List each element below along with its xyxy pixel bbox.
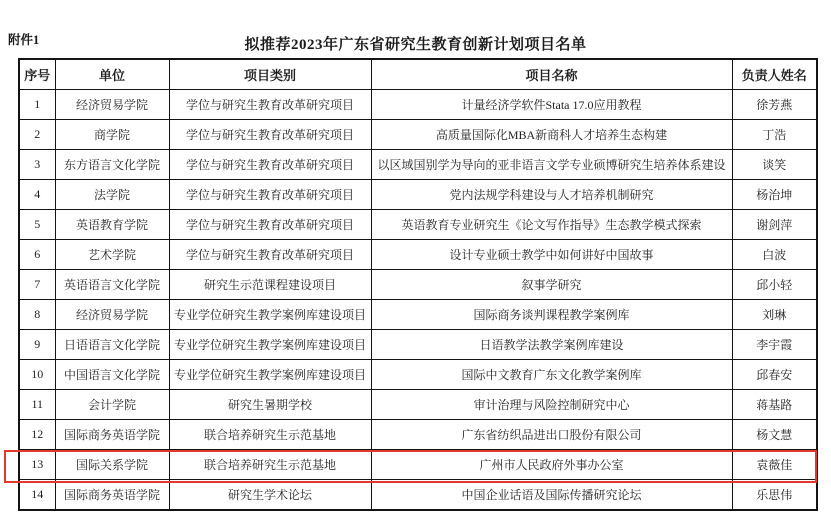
table-cell: 杨文慧: [732, 420, 817, 450]
table-row: 3东方语言文化学院学位与研究生教育改革研究项目以区域国别学为导向的亚非语言文学专…: [19, 150, 817, 180]
table-cell: 经济贸易学院: [55, 90, 169, 120]
table-cell: 联合培养研究生示范基地: [169, 420, 371, 450]
table-header-row: 序号 单位 项目类别 项目名称 负责人姓名: [19, 59, 817, 90]
table-row: 7英语语言文化学院研究生示范课程建设项目叙事学研究邱小轻: [19, 270, 817, 300]
table-cell: 李宇霞: [732, 330, 817, 360]
table-cell: 国际关系学院: [55, 450, 169, 480]
table-cell: 联合培养研究生示范基地: [169, 450, 371, 480]
table-cell: 专业学位研究生教学案例库建设项目: [169, 300, 371, 330]
table-cell: 邱春安: [732, 360, 817, 390]
table-row: 6艺术学院学位与研究生教育改革研究项目设计专业硕士教学中如何讲好中国故事白波: [19, 240, 817, 270]
table-cell: 法学院: [55, 180, 169, 210]
table-cell: 中国企业话语及国际传播研究论坛: [371, 480, 732, 511]
table-cell: 7: [19, 270, 55, 300]
table-cell: 8: [19, 300, 55, 330]
table-row: 13国际关系学院联合培养研究生示范基地广州市人民政府外事办公室袁薇佳: [19, 450, 817, 480]
table-cell: 中国语言文化学院: [55, 360, 169, 390]
table-cell: 日语教学法教学案例库建设: [371, 330, 732, 360]
table-cell: 谈笑: [732, 150, 817, 180]
table-cell: 6: [19, 240, 55, 270]
table-cell: 英语教育专业研究生《论文写作指导》生态教学模式探索: [371, 210, 732, 240]
table-cell: 2: [19, 120, 55, 150]
table-cell: 专业学位研究生教学案例库建设项目: [169, 330, 371, 360]
project-table: 序号 单位 项目类别 项目名称 负责人姓名 1经济贸易学院学位与研究生教育改革研…: [18, 58, 818, 511]
table-cell: 商学院: [55, 120, 169, 150]
table-cell: 国际商务谈判课程教学案例库: [371, 300, 732, 330]
table-cell: 学位与研究生教育改革研究项目: [169, 120, 371, 150]
table-cell: 研究生暑期学校: [169, 390, 371, 420]
table-row: 10中国语言文化学院专业学位研究生教学案例库建设项目国际中文教育广东文化教学案例…: [19, 360, 817, 390]
table-cell: 广州市人民政府外事办公室: [371, 450, 732, 480]
table-cell: 艺术学院: [55, 240, 169, 270]
table-cell: 谢剑萍: [732, 210, 817, 240]
table-cell: 英语教育学院: [55, 210, 169, 240]
table-cell: 国际中文教育广东文化教学案例库: [371, 360, 732, 390]
table-cell: 12: [19, 420, 55, 450]
table-cell: 11: [19, 390, 55, 420]
table-cell: 研究生学术论坛: [169, 480, 371, 511]
page-title: 拟推荐2023年广东省研究生教育创新计划项目名单: [0, 33, 831, 54]
table-row: 5英语教育学院学位与研究生教育改革研究项目英语教育专业研究生《论文写作指导》生态…: [19, 210, 817, 240]
table-cell: 英语语言文化学院: [55, 270, 169, 300]
table-cell: 3: [19, 150, 55, 180]
table-cell: 4: [19, 180, 55, 210]
table-cell: 东方语言文化学院: [55, 150, 169, 180]
table-cell: 会计学院: [55, 390, 169, 420]
table-cell: 13: [19, 450, 55, 480]
column-header-index: 序号: [19, 59, 55, 90]
table-cell: 9: [19, 330, 55, 360]
table-row: 8经济贸易学院专业学位研究生教学案例库建设项目国际商务谈判课程教学案例库刘琳: [19, 300, 817, 330]
table-cell: 国际商务英语学院: [55, 420, 169, 450]
table-cell: 高质量国际化MBA新商科人才培养生态构建: [371, 120, 732, 150]
table-row: 12国际商务英语学院联合培养研究生示范基地广东省纺织品进出口股份有限公司杨文慧: [19, 420, 817, 450]
column-header-project-name: 项目名称: [371, 59, 732, 90]
table-cell: 徐芳燕: [732, 90, 817, 120]
column-header-unit: 单位: [55, 59, 169, 90]
column-header-category: 项目类别: [169, 59, 371, 90]
table-cell: 专业学位研究生教学案例库建设项目: [169, 360, 371, 390]
table-cell: 1: [19, 90, 55, 120]
table-cell: 刘琳: [732, 300, 817, 330]
table-cell: 丁浩: [732, 120, 817, 150]
table-cell: 蒋基路: [732, 390, 817, 420]
table-cell: 广东省纺织品进出口股份有限公司: [371, 420, 732, 450]
table-cell: 邱小轻: [732, 270, 817, 300]
table-row: 1经济贸易学院学位与研究生教育改革研究项目计量经济学软件Stata 17.0应用…: [19, 90, 817, 120]
table-row: 4法学院学位与研究生教育改革研究项目党内法规学科建设与人才培养机制研究杨治坤: [19, 180, 817, 210]
table-cell: 14: [19, 480, 55, 511]
table-row: 9日语语言文化学院专业学位研究生教学案例库建设项目日语教学法教学案例库建设李宇霞: [19, 330, 817, 360]
table-cell: 设计专业硕士教学中如何讲好中国故事: [371, 240, 732, 270]
table-cell: 党内法规学科建设与人才培养机制研究: [371, 180, 732, 210]
table-body: 1经济贸易学院学位与研究生教育改革研究项目计量经济学软件Stata 17.0应用…: [19, 90, 817, 511]
table-cell: 学位与研究生教育改革研究项目: [169, 210, 371, 240]
table-cell: 经济贸易学院: [55, 300, 169, 330]
table-row: 2商学院学位与研究生教育改革研究项目高质量国际化MBA新商科人才培养生态构建丁浩: [19, 120, 817, 150]
table-cell: 乐思伟: [732, 480, 817, 511]
table-cell: 学位与研究生教育改革研究项目: [169, 150, 371, 180]
table-cell: 袁薇佳: [732, 450, 817, 480]
table-cell: 日语语言文化学院: [55, 330, 169, 360]
table-cell: 5: [19, 210, 55, 240]
table-cell: 杨治坤: [732, 180, 817, 210]
table-cell: 研究生示范课程建设项目: [169, 270, 371, 300]
table-cell: 以区域国别学为导向的亚非语言文学专业硕博研究生培养体系建设: [371, 150, 732, 180]
table-cell: 叙事学研究: [371, 270, 732, 300]
table-cell: 计量经济学软件Stata 17.0应用教程: [371, 90, 732, 120]
table-cell: 国际商务英语学院: [55, 480, 169, 511]
table-cell: 学位与研究生教育改革研究项目: [169, 90, 371, 120]
table-cell: 学位与研究生教育改革研究项目: [169, 180, 371, 210]
table-cell: 白波: [732, 240, 817, 270]
table-cell: 学位与研究生教育改革研究项目: [169, 240, 371, 270]
column-header-person: 负责人姓名: [732, 59, 817, 90]
document-page: 附件1 拟推荐2023年广东省研究生教育创新计划项目名单 序号 单位 项目类别 …: [0, 0, 831, 517]
table-cell: 审计治理与风险控制研究中心: [371, 390, 732, 420]
table-row: 14国际商务英语学院研究生学术论坛中国企业话语及国际传播研究论坛乐思伟: [19, 480, 817, 511]
table-row: 11会计学院研究生暑期学校审计治理与风险控制研究中心蒋基路: [19, 390, 817, 420]
table-cell: 10: [19, 360, 55, 390]
